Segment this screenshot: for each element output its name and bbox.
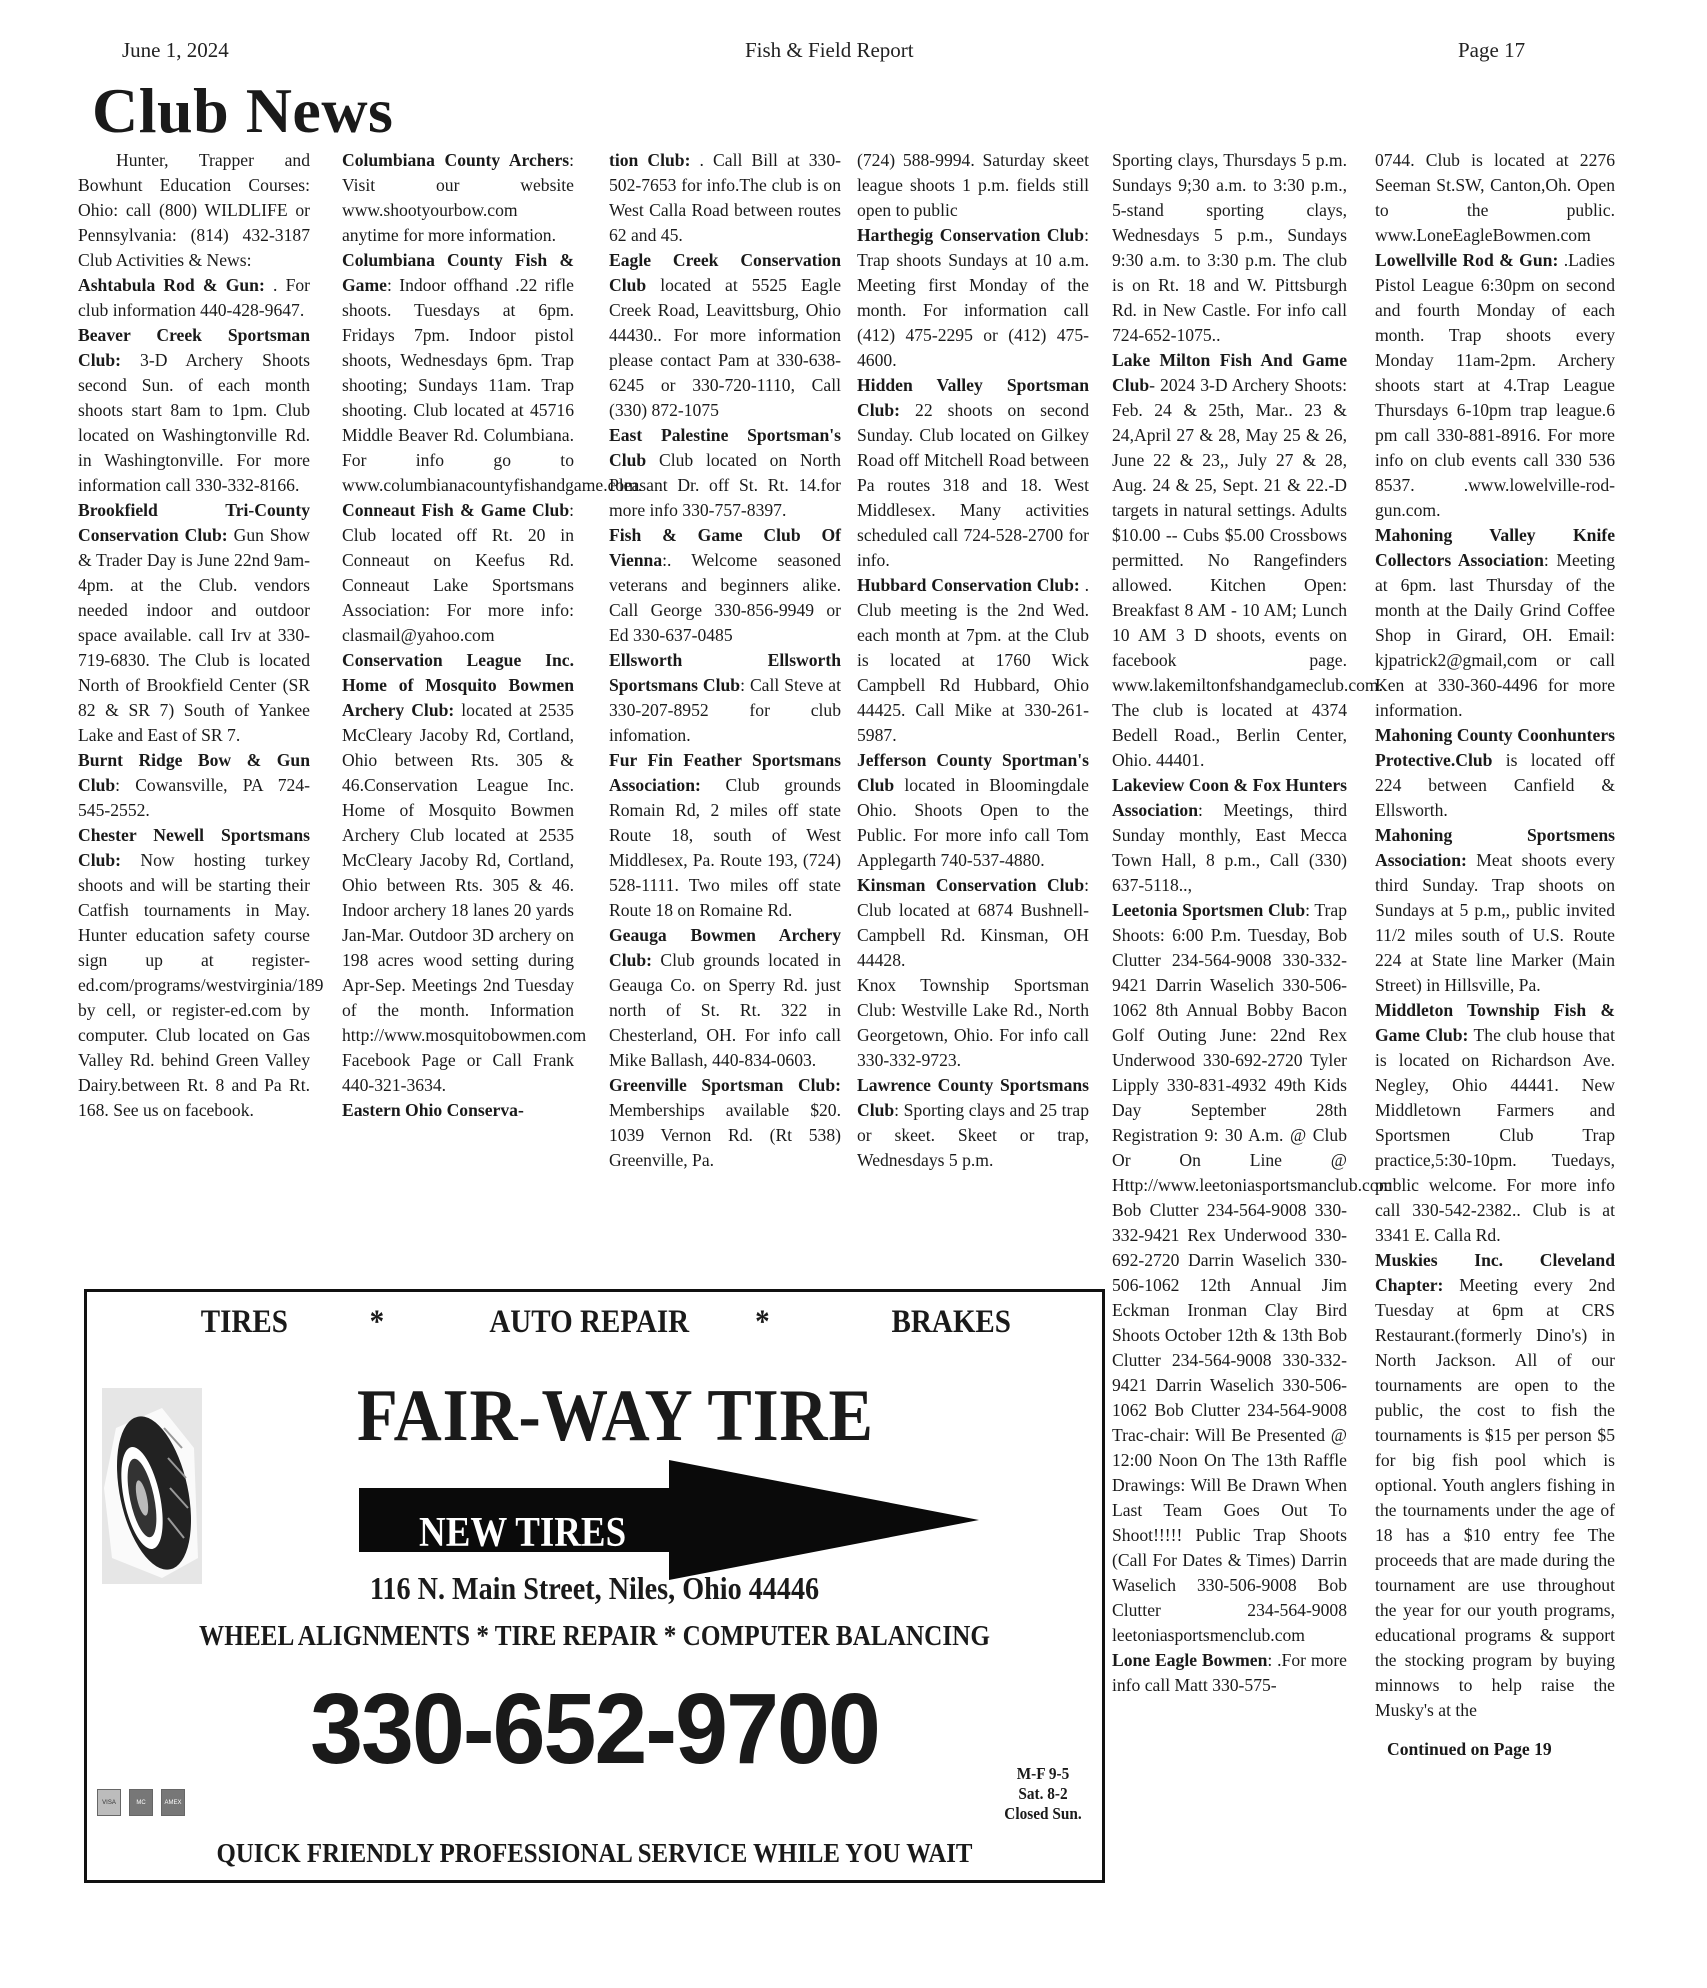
club-entry: East Palestine Sportsman's Club Club loc…: [609, 423, 841, 523]
club-details: (724) 588-9994. Saturday skeet league sh…: [857, 150, 1089, 220]
club-details: located at 2535 McCleary Jacoby Rd, Cort…: [342, 700, 586, 1095]
club-entry: Eastern Ohio Conserva-: [342, 1098, 574, 1123]
club-details: 0744. Club is located at 2276 Seeman St.…: [1375, 150, 1615, 245]
ad-top-item: BRAKES: [892, 1304, 1011, 1341]
club-name: Conneaut Fish & Game Club: [342, 500, 569, 520]
page-number: Page 17: [1458, 38, 1525, 63]
club-details: Gun Show & Trader Day is June 22nd 9am-4…: [78, 525, 310, 745]
club-entry: Lowellville Rod & Gun: .Ladies Pistol Le…: [1375, 248, 1615, 523]
continued-notice: Continued on Page 19: [1375, 1737, 1615, 1762]
club-entry: Burnt Ridge Bow & Gun Club: Cowansville,…: [78, 748, 310, 823]
club-entry: Conneaut Fish & Game Club: Club located …: [342, 498, 574, 648]
club-details: The club house that is located on Richar…: [1375, 1025, 1615, 1245]
club-entry: Sporting clays, Thursdays 5 p.m. Sundays…: [1112, 148, 1347, 348]
club-name: Hubbard Conservation Club:: [857, 575, 1080, 595]
club-name: Kinsman Conservation Club: [857, 875, 1084, 895]
business-phone: 330-652-9700: [112, 1672, 1076, 1787]
mastercard-icon: MC: [129, 1789, 153, 1816]
issue-date: June 1, 2024: [122, 38, 229, 63]
tire-icon: [102, 1388, 202, 1584]
club-name: Leetonia Sportsmen Club: [1112, 900, 1305, 920]
club-entry: 0744. Club is located at 2276 Seeman St.…: [1375, 148, 1615, 248]
club-entry: Lawrence County Sportsmans Club: Sportin…: [857, 1073, 1089, 1173]
club-details: : Trap shoots Sundays at 10 a.m. Meeting…: [857, 225, 1089, 370]
club-details: Now hosting turkey shoots and will be st…: [78, 850, 323, 1120]
club-name: Eastern Ohio Conserva-: [342, 1100, 524, 1120]
club-details: : Club located off Rt. 20 in Conneaut on…: [342, 500, 574, 645]
club-entry: Muskies Inc. Cleveland Chapter: Meeting …: [1375, 1248, 1615, 1723]
club-entry: Kinsman Conservation Club: Club located …: [857, 873, 1089, 973]
ad-top-separator: *: [370, 1304, 385, 1341]
club-name: Columbiana County Archers: [342, 150, 569, 170]
club-entry: Conservation League Inc. Home of Mosquit…: [342, 648, 574, 1098]
ad-slogan: QUICK FRIENDLY PROFESSIONAL SERVICE WHIL…: [128, 1838, 1062, 1869]
club-details: . Club meeting is the 2nd Wed. each mont…: [857, 575, 1089, 745]
business-address: 116 N. Main Street, Niles, Ohio 44446: [148, 1570, 1041, 1607]
club-entry: Fur Fin Feather Sportsmans Association: …: [609, 748, 841, 923]
club-details: Knox Township Sportsman Club: Westville …: [857, 975, 1089, 1070]
club-name: tion Club:: [609, 150, 690, 170]
business-name: FAIR-WAY TIRE: [357, 1374, 874, 1459]
club-entry: Brookfield Tri-County Conservation Club:…: [78, 498, 310, 748]
club-entry: Ashtabula Rod & Gun: . For club informat…: [78, 273, 310, 323]
club-details: .Ladies Pistol League 6:30pm on second a…: [1375, 250, 1615, 520]
club-details: Hunter, Trapper and Bowhunt Education Co…: [78, 150, 310, 270]
club-entry: Columbiana County Fish & Game: Indoor of…: [342, 248, 574, 498]
club-entry: Fish & Game Club Of Vienna:. Welcome sea…: [609, 523, 841, 648]
club-name: Greenville Sportsman Club:: [609, 1075, 841, 1095]
club-entry: Columbiana County Archers: Visit our web…: [342, 148, 574, 248]
club-details: : Meeting at 6pm. last Thursday of the m…: [1375, 550, 1615, 720]
club-details: 3-D Archery Shoots second Sun. of each m…: [78, 350, 310, 495]
club-details: - 2024 3-D Archery Shoots: Feb. 24 & 25t…: [1112, 375, 1383, 770]
hours-saturday: Sat. 8-2: [1004, 1784, 1081, 1804]
club-details: Meeting every 2nd Tuesday at 6pm at CRS …: [1375, 1275, 1615, 1720]
club-details: Memberships available $20. 1039 Vernon R…: [609, 1100, 841, 1170]
club-entry: Eagle Creek Conservation Club located at…: [609, 248, 841, 423]
hours-weekday: M-F 9-5: [1004, 1764, 1081, 1784]
news-column-1: Hunter, Trapper and Bowhunt Education Co…: [78, 148, 310, 1123]
club-details: 22 shoots on second Sunday. Club located…: [857, 400, 1089, 570]
new-tires-label: NEW TIRES: [419, 1509, 626, 1557]
club-name: Lowellville Rod & Gun:: [1375, 250, 1558, 270]
visa-card-icon: VISA: [97, 1789, 121, 1816]
club-entry: Chester Newell Sportsmans Club: Now host…: [78, 823, 310, 1123]
club-details: : Trap Shoots: 6:00 P.m. Tuesday, Bob Cl…: [1112, 900, 1392, 1645]
club-entry: Ellsworth Ellsworth Sportsmans Club: Cal…: [609, 648, 841, 748]
page-title: Club News: [92, 74, 393, 148]
club-entry: Middleton Township Fish & Game Club: The…: [1375, 998, 1615, 1248]
club-entry: Greenville Sportsman Club: Memberships a…: [609, 1073, 841, 1173]
news-column-2: Columbiana County Archers: Visit our web…: [342, 148, 574, 1123]
publication-name: Fish & Field Report: [745, 38, 914, 63]
club-entry: Lone Eagle Bowmen: .For more info call M…: [1112, 1648, 1347, 1698]
club-details: located at 5525 Eagle Creek Road, Leavit…: [609, 275, 841, 420]
amex-card-icon: AMEX: [161, 1789, 185, 1816]
club-entry: Hunter, Trapper and Bowhunt Education Co…: [78, 148, 310, 273]
club-entry: Lake Milton Fish And Game Club- 2024 3-D…: [1112, 348, 1347, 773]
club-name: Harthegig Conservation Club: [857, 225, 1084, 245]
club-entry: Lakeview Coon & Fox Hunters Association:…: [1112, 773, 1347, 898]
club-name: Ashtabula Rod & Gun:: [78, 275, 265, 295]
news-column-3: tion Club: . Call Bill at 330-502-7653 f…: [609, 148, 841, 1173]
club-entry: Geauga Bowmen Archery Club: Club grounds…: [609, 923, 841, 1073]
ad-top-banner: TIRES * AUTO REPAIR * BRAKES: [148, 1304, 1041, 1344]
club-entry: tion Club: . Call Bill at 330-502-7653 f…: [609, 148, 841, 248]
club-entry: Harthegig Conservation Club: Trap shoots…: [857, 223, 1089, 373]
hours-sunday: Closed Sun.: [1004, 1804, 1081, 1824]
news-column-6: 0744. Club is located at 2276 Seeman St.…: [1375, 148, 1615, 1762]
club-entry: Hidden Valley Sportsman Club: 22 shoots …: [857, 373, 1089, 573]
club-entry: Mahoning Valley Knife Collectors Associa…: [1375, 523, 1615, 723]
fairway-tire-advertisement: TIRES * AUTO REPAIR * BRAKES FAIR-WAY TI…: [84, 1289, 1105, 1883]
club-entry: Beaver Creek Sportsman Club: 3-D Archery…: [78, 323, 310, 498]
club-details: Sporting clays, Thursdays 5 p.m. Sundays…: [1112, 150, 1347, 345]
club-entry: Mahoning Sportsmens Association: Meat sh…: [1375, 823, 1615, 998]
club-entry: Knox Township Sportsman Club: Westville …: [857, 973, 1089, 1073]
news-column-5: Sporting clays, Thursdays 5 p.m. Sundays…: [1112, 148, 1347, 1698]
ad-top-separator: *: [755, 1304, 770, 1341]
club-entry: Leetonia Sportsmen Club: Trap Shoots: 6:…: [1112, 898, 1347, 1648]
business-hours: M-F 9-5 Sat. 8-2 Closed Sun.: [1004, 1764, 1081, 1824]
ad-top-item: TIRES: [201, 1304, 288, 1341]
club-entry: Mahoning County Coonhunters Protective.C…: [1375, 723, 1615, 823]
club-name: Lone Eagle Bowmen: [1112, 1650, 1267, 1670]
club-entry: Hubbard Conservation Club: . Club meetin…: [857, 573, 1089, 748]
services-line: WHEEL ALIGNMENTS * TIRE REPAIR * COMPUTE…: [138, 1621, 1052, 1653]
club-entry: (724) 588-9994. Saturday skeet league sh…: [857, 148, 1089, 223]
payment-cards: VISA MC AMEX: [97, 1789, 185, 1816]
club-details: Meat shoots every third Sunday. Trap sho…: [1375, 850, 1615, 995]
club-entry: Jefferson County Sportman's Club located…: [857, 748, 1089, 873]
club-details: : Indoor offhand .22 rifle shoots. Tuesd…: [342, 275, 642, 495]
news-column-4: (724) 588-9994. Saturday skeet league sh…: [857, 148, 1089, 1173]
club-details: Club grounds Romain Rd, 2 miles off stat…: [609, 775, 841, 920]
ad-top-item: AUTO REPAIR: [489, 1304, 689, 1341]
